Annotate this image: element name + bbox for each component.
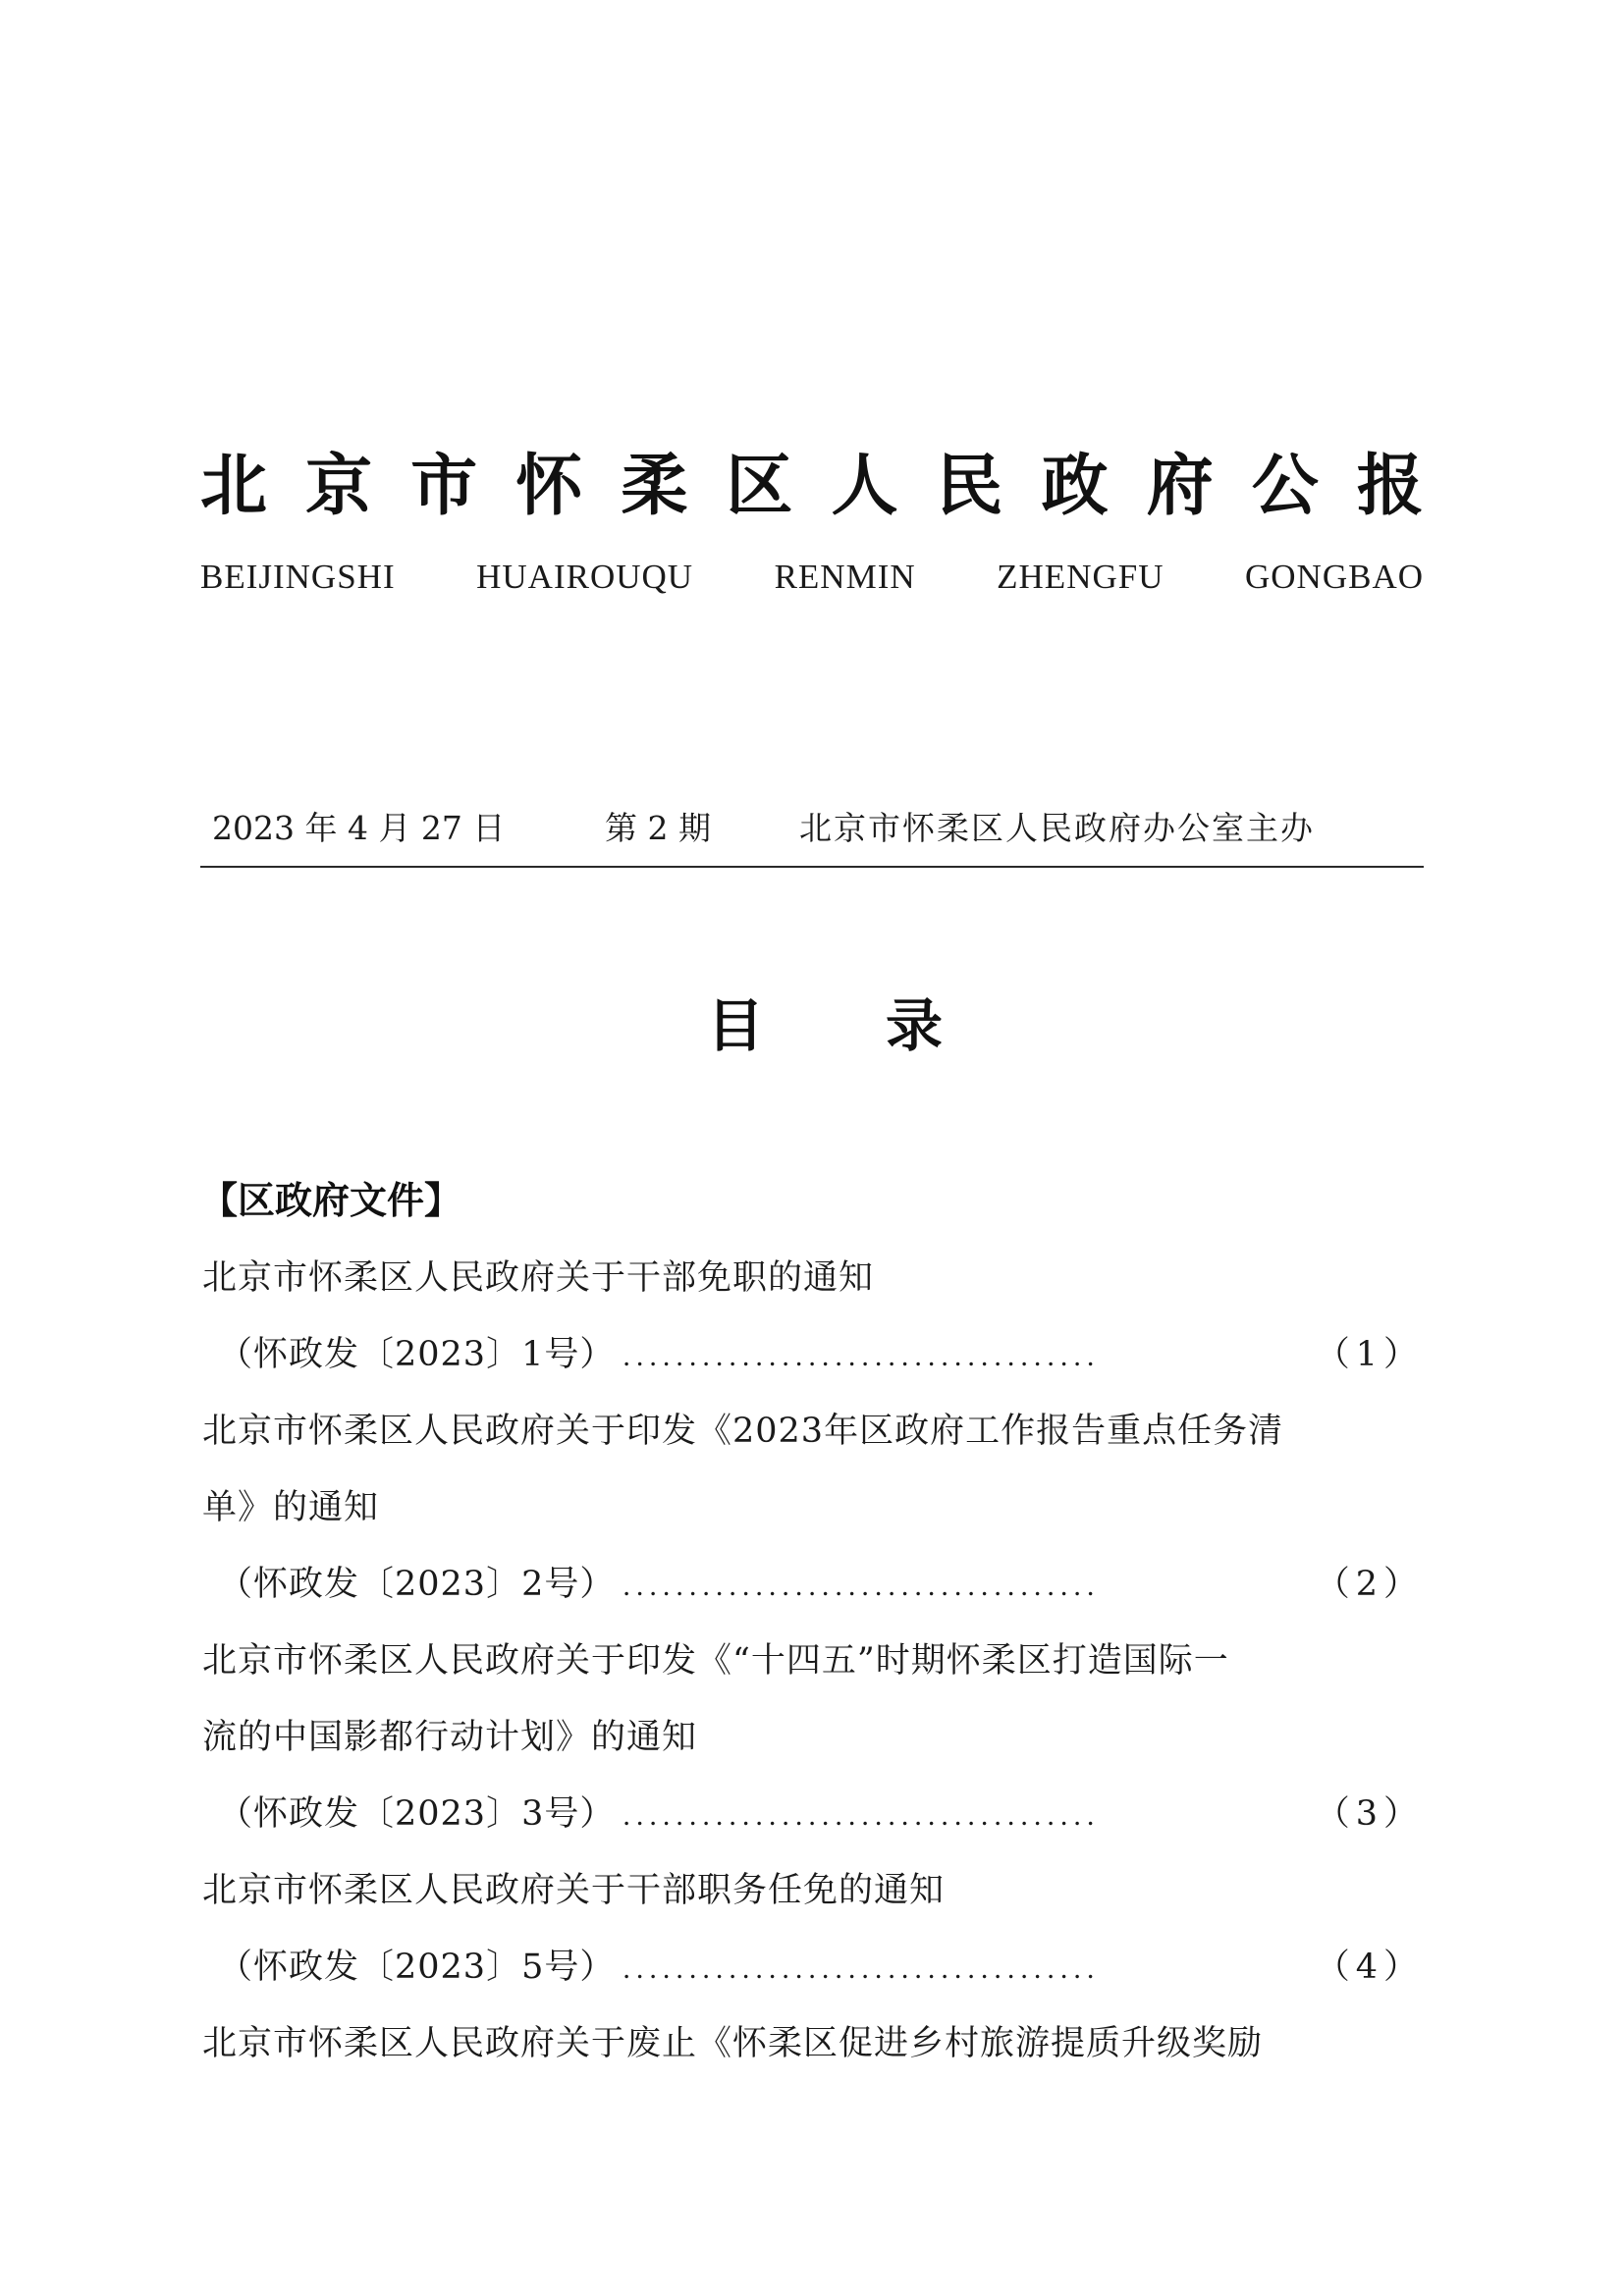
dot-leader: .................................... [623,1790,1307,1842]
toc-entry-title[interactable]: 北京市怀柔区人民政府关于印发《2023年区政府工作报告重点任务清 [202,1406,1424,1457]
page-number: （3） [1316,1789,1424,1840]
title-char: 政 [1042,447,1109,525]
title-char: 区 [726,447,792,525]
title-char: 人 [831,447,897,525]
pinyin-word: GONGBAO [1245,558,1424,597]
page-number: （1） [1316,1329,1424,1380]
toc-entry-title[interactable]: 北京市怀柔区人民政府关于干部职务任免的通知 [202,1865,1424,1916]
toc-entry-title[interactable]: 北京市怀柔区人民政府关于废止《怀柔区促进乡村旅游提质升级奖励 [202,2018,1424,2069]
pinyin-word: ZHENGFU [997,558,1164,597]
page-number: （4） [1316,1942,1424,1993]
toc-entry-ref-row[interactable]: （怀政发〔2023〕5号） ..........................… [218,1942,1424,1993]
document-number: （怀政发〔2023〕1号） [218,1329,615,1380]
toc-title: 目 录 [707,991,943,1060]
page-number: （2） [1316,1559,1424,1610]
toc-title-char: 录 [886,991,943,1060]
dot-leader: .................................... [623,1331,1307,1382]
toc-title-char: 目 [707,991,764,1060]
toc-entry-title[interactable]: 北京市怀柔区人民政府关于干部免职的通知 [202,1253,1424,1304]
document-number: （怀政发〔2023〕5号） [218,1942,615,1993]
issue-date: 2023 年 4 月 27 日 [212,807,505,850]
dot-leader: .................................... [623,1561,1307,1612]
title-char: 北 [200,447,267,525]
toc-entry-ref-row[interactable]: （怀政发〔2023〕3号） ..........................… [218,1789,1424,1840]
title-char: 市 [410,447,477,525]
pinyin-word: RENMIN [775,558,916,597]
header-divider [200,866,1424,868]
toc-entry-title[interactable]: 北京市怀柔区人民政府关于印发《“十四五”时期怀柔区打造国际一 [202,1635,1424,1686]
toc-entry-title-continued[interactable]: 单》的通知 [202,1482,1424,1533]
title-char: 报 [1357,447,1424,525]
title-char: 柔 [621,447,687,525]
pinyin-word: BEIJINGSHI [200,558,396,597]
publisher: 北京市怀柔区人民政府办公室主办 [799,807,1315,850]
title-char: 京 [305,447,372,525]
title-char: 公 [1252,447,1319,525]
document-number: （怀政发〔2023〕3号） [218,1789,615,1840]
section-header-district-government-documents: 【区政府文件】 [200,1176,461,1225]
issue-info: 2023 年 4 月 27 日 第 2 期 北京市怀柔区人民政府办公室主办 [212,807,1420,850]
gazette-pinyin-subtitle: BEIJINGSHI HUAIROUQU RENMIN ZHENGFU GONG… [200,558,1424,597]
title-char: 府 [1147,447,1214,525]
toc-entry-ref-row[interactable]: （怀政发〔2023〕2号） ..........................… [218,1559,1424,1610]
title-char: 民 [937,447,1003,525]
pinyin-word: HUAIROUQU [476,558,693,597]
dot-leader: .................................... [623,1944,1307,1995]
document-number: （怀政发〔2023〕2号） [218,1559,615,1610]
toc-entry-title-continued[interactable]: 流的中国影都行动计划》的通知 [202,1712,1424,1763]
gazette-title: 北 京 市 怀 柔 区 人 民 政 府 公 报 [200,447,1424,525]
title-char: 怀 [515,447,582,525]
issue-number: 第 2 期 [605,807,711,850]
toc-entry-ref-row[interactable]: （怀政发〔2023〕1号） ..........................… [218,1329,1424,1380]
